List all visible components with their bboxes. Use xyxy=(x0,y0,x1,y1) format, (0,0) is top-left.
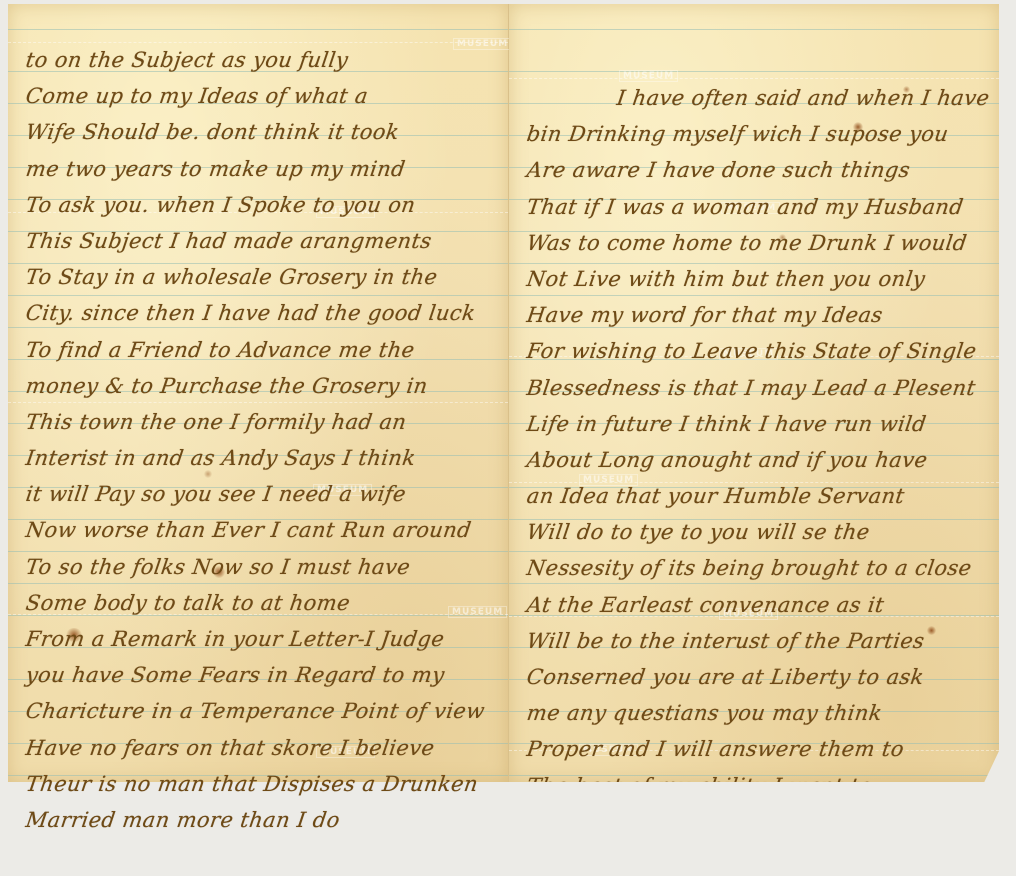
handwritten-line: To ask you. when I Spoke to you on xyxy=(23,187,494,223)
handwritten-line: Have my word for that my Ideas xyxy=(524,297,985,333)
handwritten-line: Blessedness is that I may Lead a Plesent xyxy=(524,370,985,406)
right-page: MUSEUM MUSEUM MUSEUM MUSEUM MUSEUM MUSEU… xyxy=(509,4,999,782)
handwritten-line: From a Remark in your Letter-I Judge xyxy=(23,621,494,657)
handwritten-line: The best of my ability I want to xyxy=(524,768,985,792)
handwritten-line: it will Pay so you see I need a wife xyxy=(23,476,494,512)
handwritten-line: To find a Friend to Advance me the xyxy=(23,332,494,368)
handwritten-line: That if I was a woman and my Husband xyxy=(524,189,985,225)
handwritten-line: Are aware I have done such things xyxy=(524,152,985,188)
letter-spread: MUSEUM MUSEUM MUSEUM MUSEUM MUSEUM to on… xyxy=(0,0,1016,792)
watermark-guide xyxy=(509,78,999,79)
handwritten-line: money & to Purchase the Grosery in xyxy=(23,368,494,404)
handwritten-line: Nessesity of its being brought to a clos… xyxy=(524,550,985,586)
handwritten-line: Proper and I will answere them to xyxy=(524,731,985,767)
handwritten-line: me any questians you may think xyxy=(524,695,985,731)
handwritten-line: bin Drinking myself wich I supose you xyxy=(524,116,985,152)
handwritten-line: Will do to tye to you will se the xyxy=(524,514,985,550)
handwritten-line: At the Earleast convenance as it xyxy=(524,587,985,623)
handwritten-line: Have no fears on that skore I believe xyxy=(23,730,494,766)
left-page-text: to on the Subject as you fully Come up t… xyxy=(8,42,508,792)
handwritten-line: Theur is no man that Dispises a Drunken xyxy=(23,766,494,792)
handwritten-line: I have often said and when I have xyxy=(524,80,985,116)
handwritten-line: Life in future I think I have run wild xyxy=(524,406,985,442)
handwritten-line: This town the one I formily had an xyxy=(23,404,494,440)
handwritten-line: Was to come home to me Drunk I would xyxy=(524,225,985,261)
handwritten-line: Now worse than Ever I cant Run around xyxy=(23,512,494,548)
handwritten-line: Come up to my Ideas of what a xyxy=(23,78,494,114)
handwritten-line: Conserned you are at Liberty to ask xyxy=(524,659,985,695)
handwritten-line: me two years to make up my mind xyxy=(23,151,494,187)
handwritten-line: For wishing to Leave this State of Singl… xyxy=(524,333,985,369)
handwritten-line: To Stay in a wholesale Grosery in the xyxy=(23,259,494,295)
handwritten-line: Wife Should be. dont think it took xyxy=(23,114,494,150)
right-page-text: I have often said and when I have bin Dr… xyxy=(509,80,999,792)
handwritten-line: you have Some Fears in Regard to my xyxy=(23,657,494,693)
handwritten-line: Charicture in a Temperance Point of view xyxy=(23,693,494,729)
left-page: MUSEUM MUSEUM MUSEUM MUSEUM MUSEUM to on… xyxy=(8,4,509,782)
handwritten-line: This Subject I had made arangments xyxy=(23,223,494,259)
handwritten-line: City. since then I have had the good luc… xyxy=(23,295,494,331)
handwritten-line: About Long anought and if you have xyxy=(524,442,985,478)
handwritten-line: an Idea that your Humble Servant xyxy=(524,478,985,514)
handwritten-line: Interist in and as Andy Says I think xyxy=(23,440,494,476)
handwritten-line: to on the Subject as you fully xyxy=(23,42,494,78)
handwritten-line: Will be to the interust of the Parties xyxy=(524,623,985,659)
handwritten-line: Not Live with him but then you only xyxy=(524,261,985,297)
handwritten-line: To so the folks Now so I must have xyxy=(23,549,494,585)
handwritten-line: Some body to talk to at home xyxy=(23,585,494,621)
